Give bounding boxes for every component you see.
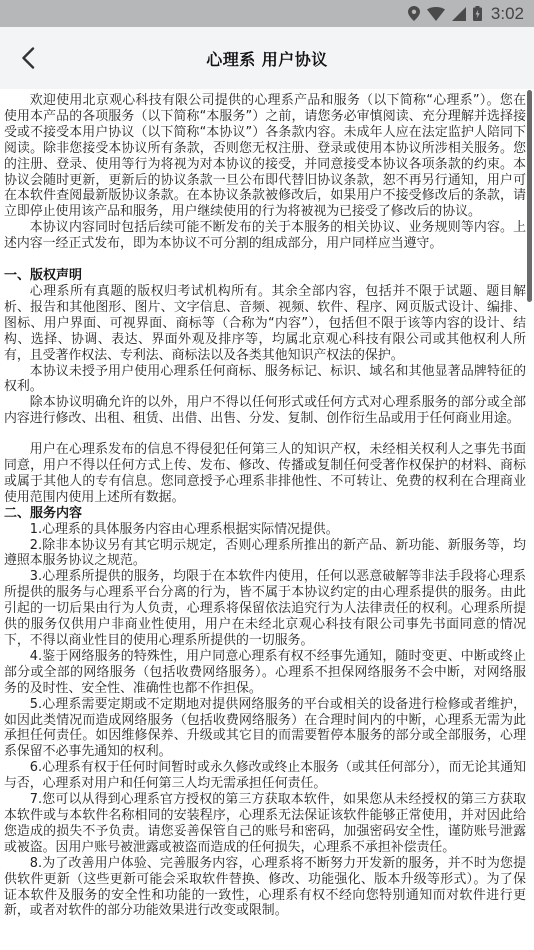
section2-item-3: 3.心理系所提供的服务，均限于在本软件内使用，任何以恶意破解等非法手段将心理系所… [4, 569, 526, 649]
section2-item-1: 1.心理系的具体服务内容由心理系根据实际情况提供。 [4, 522, 526, 538]
section-heading-copyright: 一、版权声明 [4, 268, 526, 284]
chevron-left-icon [21, 47, 35, 69]
wifi-icon [427, 7, 445, 21]
section1-paragraph-1: 心理系所有真题的版权归考试机构所有。其余全部内容，包括并不限于试题、题目解析、报… [4, 284, 526, 364]
agreement-content[interactable]: 欢迎使用北京观心科技有限公司提供的心理系产品和服务（以下简称“心理系”）。您在使… [0, 89, 534, 950]
battery-charging-icon [473, 6, 482, 21]
section1-paragraph-2: 本协议未授予用户使用心理系任何商标、服务标记、标识、域名和其他显著品牌特征的权利… [4, 364, 526, 396]
section2-item-8: 8.为了改善用户体验、完善服务内容，心理系将不断努力开发新的服务，并不时为您提供… [4, 856, 526, 920]
scrollbar[interactable] [527, 90, 532, 302]
section2-item-2: 2.除非本协议另有其它明示规定，否则心理系所推出的新产品、新功能、新服务等，均遵… [4, 538, 526, 570]
section1-paragraph-4: 用户在心理系发布的信息不得侵犯任何第三人的知识产权，未经相关权利人之事先书面同意… [4, 442, 526, 506]
intro-paragraph-1: 欢迎使用北京观心科技有限公司提供的心理系产品和服务（以下简称“心理系”）。您在使… [4, 93, 526, 220]
status-bar: 3:02 [0, 0, 534, 27]
status-time: 3:02 [491, 4, 524, 24]
intro-paragraph-2: 本协议内容同时包括后续可能不断发布的关于本服务的相关协议、业务规则等内容。上述内… [4, 220, 526, 252]
section2-item-7: 7.您可以从得到心理系官方授权的第三方获取本软件，如果您从未经授权的第三方获取本… [4, 792, 526, 856]
section2-item-5: 5.心理系需要定期或不定期地对提供网络服务的平台或相关的设备进行检修或者维护，如… [4, 697, 526, 761]
section2-item-6: 6.心理系有权于任何时间暂时或永久修改或终止本服务（或其任何部分），而无论其通知… [4, 760, 526, 792]
cell-signal-icon [452, 7, 466, 21]
section-heading-services: 二、服务内容 [4, 506, 526, 522]
page-title: 心理系 用户协议 [206, 47, 328, 70]
section1-paragraph-3: 除本协议明确允许的以外，用户不得以任何形式或任何方式对心理系服务的部分或全部内容… [4, 395, 526, 427]
section2-item-4: 4.鉴于网络服务的特殊性，用户同意心理系有权不经事先通知，随时变更、中断或终止部… [4, 649, 526, 697]
location-icon [408, 6, 420, 21]
app-bar: 心理系 用户协议 [0, 27, 534, 89]
back-button[interactable] [14, 42, 42, 74]
